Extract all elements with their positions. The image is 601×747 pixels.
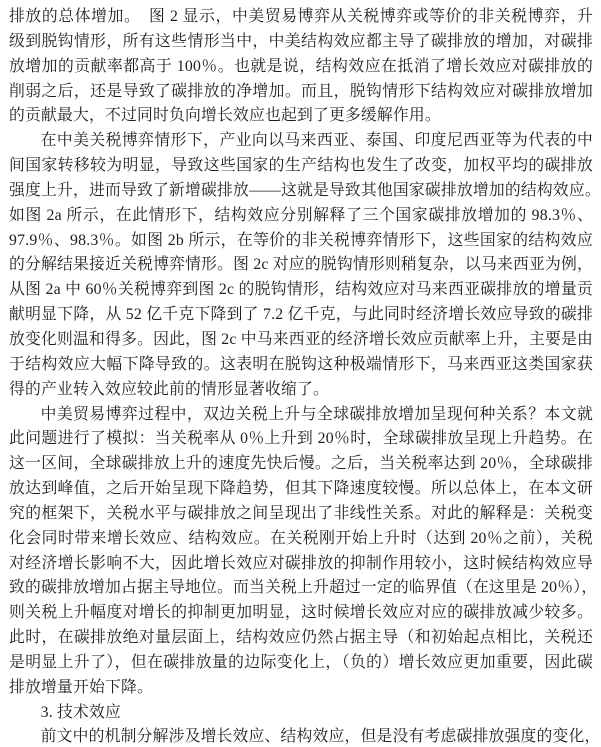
text-line: 这一区间，全球碳排放上升的速度先快后慢。之后，当关税率达到 20％，全球碳排 (9, 452, 593, 477)
text-line: 从图 2a 中 60％关税博弈到图 2c 的脱钩情形，结构效应对马来西亚碳排放的… (9, 278, 593, 303)
text-line: 究的框架下，关税水平与碳排放之间呈现出了非线性关系。对此的解释是：关税变 (9, 502, 593, 527)
text-line: 对经济增长影响不大，因此增长效应对碳排放的抑制作用较小，这时候结构效应导 (9, 552, 593, 577)
text-line: 削弱之后，还是导致了碳排放的净增加。而且，脱钩情形下结构效应对碳排放增加 (9, 80, 593, 105)
text-line: 强度上升，进而导致了新增碳排放——这就是导致其他国家碳排放增加的结构效应。 (9, 179, 593, 204)
text-line: 的分解结果接近关税博弈情形。图 2c 对应的脱钩情形则稍复杂，以马来西亚为例， (9, 253, 593, 278)
text-line: 放变化则温和得多。因此，图 2c 中马来西亚的经济增长效应贡献率上升，主要是由 (9, 328, 593, 353)
page-text: 排放的总体增加。 图 2 显示，中美贸易博弈从关税博弈或等价的非关税博弈，升级到… (9, 5, 593, 747)
text-line: 排放的总体增加。 图 2 显示，中美贸易博弈从关税博弈或等价的非关税博弈，升 (9, 5, 593, 30)
text-line: 放达到峰值，之后开始呈现下降趋势，但其下降速度较慢。所以总体上，在本文研 (9, 477, 593, 502)
text-line: 化会同时带来增长效应、结构效应。在关税刚开始上升时（达到 20％之前），关税 (9, 527, 593, 552)
text-line: 是明显上升了），但在碳排放量的边际变化上，（负的）增长效应更加重要，因此碳 (9, 651, 593, 676)
text-line: 此问题进行了模拟：当关税率从 0％上升到 20％时，全球碳排放呈现上升趋势。在 (9, 427, 593, 452)
section-heading: 3. 技术效应 (9, 701, 593, 726)
text-line: 致的碳排放增加占据主导地位。而当关税上升超过一定的临界值（在这里是 20％）， (9, 576, 593, 601)
text-line: 于结构效应大幅下降导致的。这表明在脱钩这种极端情形下，马来西亚这类国家获 (9, 353, 593, 378)
text-line: 在中美关税博弈情形下，产业向以马来西亚、泰国、印度尼西亚等为代表的中 (9, 129, 593, 154)
text-line: 97.9％、98.3％。如图 2b 所示，在等价的非关税博弈情形下，这些国家的结… (9, 229, 593, 254)
text-line: 则关税上升幅度对增长的抑制更加明显，这时候增长效应对应的碳排放减少较多。 (9, 601, 593, 626)
text-line: 间国家转移较为明显，导致这些国家的生产结构也发生了改变，加权平均的碳排放 (9, 154, 593, 179)
document-page: 排放的总体增加。 图 2 显示，中美贸易博弈从关税博弈或等价的非关税博弈，升级到… (0, 0, 601, 747)
text-line: 献明显下降，从 52 亿千克下降到了 7.2 亿千克，与此同时经济增长效应导致的… (9, 303, 593, 328)
text-line: 此时，在碳排放绝对量层面上，结构效应仍然占据主导（和初始起点相比，关税还 (9, 626, 593, 651)
text-line: 级到脱钩情形，所有这些情形当中，中美结构效应都主导了碳排放的增加，对碳排 (9, 30, 593, 55)
text-line: 如图 2a 所示，在此情形下，结构效应分别解释了三个国家碳排放增加的 98.3％… (9, 204, 593, 229)
text-line: 前文中的机制分解涉及增长效应、结构效应，但是没有考虑碳排放强度的变化， (9, 725, 593, 747)
text-line: 得的产业转入效应较此前的情形显著收缩了。 (9, 378, 593, 403)
text-line: 的贡献最大，不过同时负向增长效应也起到了更多缓解作用。 (9, 104, 593, 129)
text-line: 中美贸易博弈过程中，双边关税上升与全球碳排放增加呈现何种关系？本文就 (9, 403, 593, 428)
text-line: 放增加的贡献率都高于 100％。也就是说，结构效应在抵消了增长效应对碳排放的 (9, 55, 593, 80)
text-line: 排放增量开始下降。 (9, 676, 593, 701)
